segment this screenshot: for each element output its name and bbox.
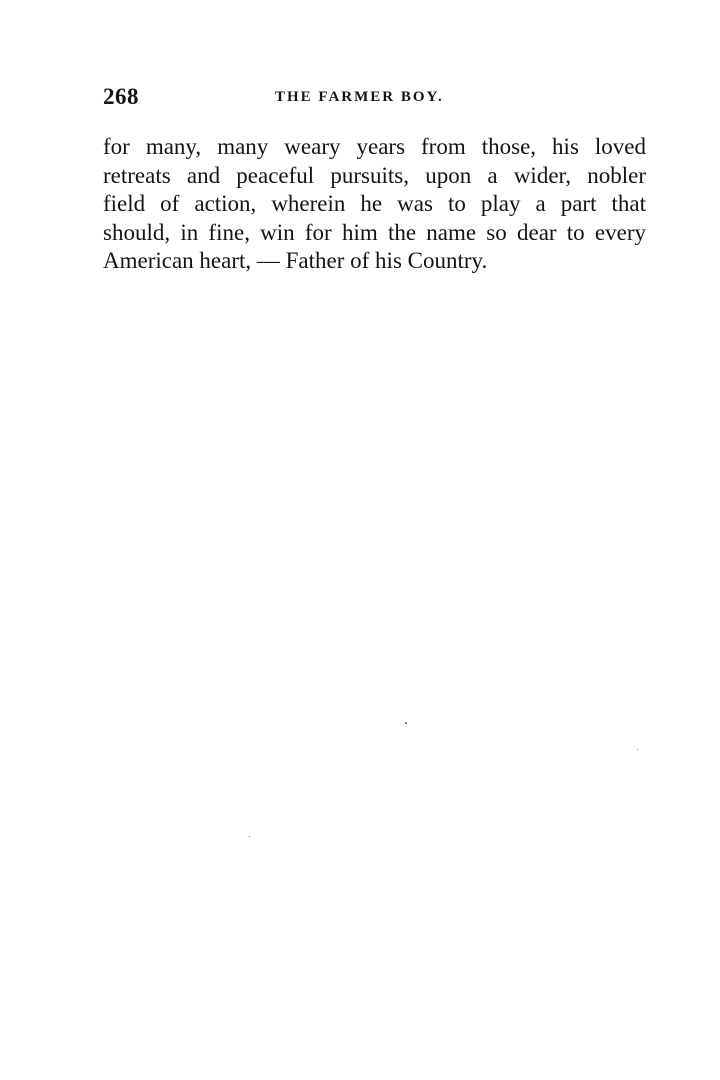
text-line: American heart, — Father of his Country. <box>103 247 646 276</box>
running-head: 268 THE FARMER BOY. <box>103 84 648 114</box>
page-number: 268 <box>103 84 139 110</box>
text-line: for many, many weary years from those, h… <box>103 133 646 162</box>
scan-speck <box>249 836 250 837</box>
text-line: field of action, wherein he was to play … <box>103 190 646 219</box>
running-title: THE FARMER BOY. <box>275 89 444 106</box>
book-page: 268 THE FARMER BOY. for many, many weary… <box>0 0 720 1080</box>
body-paragraph: for many, many weary years from those, h… <box>103 133 646 276</box>
scan-speck <box>405 722 407 724</box>
text-line: should, in fine, win for him the name so… <box>103 219 646 248</box>
text-line: retreats and peaceful pursuits, upon a w… <box>103 162 646 191</box>
scan-speck <box>637 749 638 750</box>
